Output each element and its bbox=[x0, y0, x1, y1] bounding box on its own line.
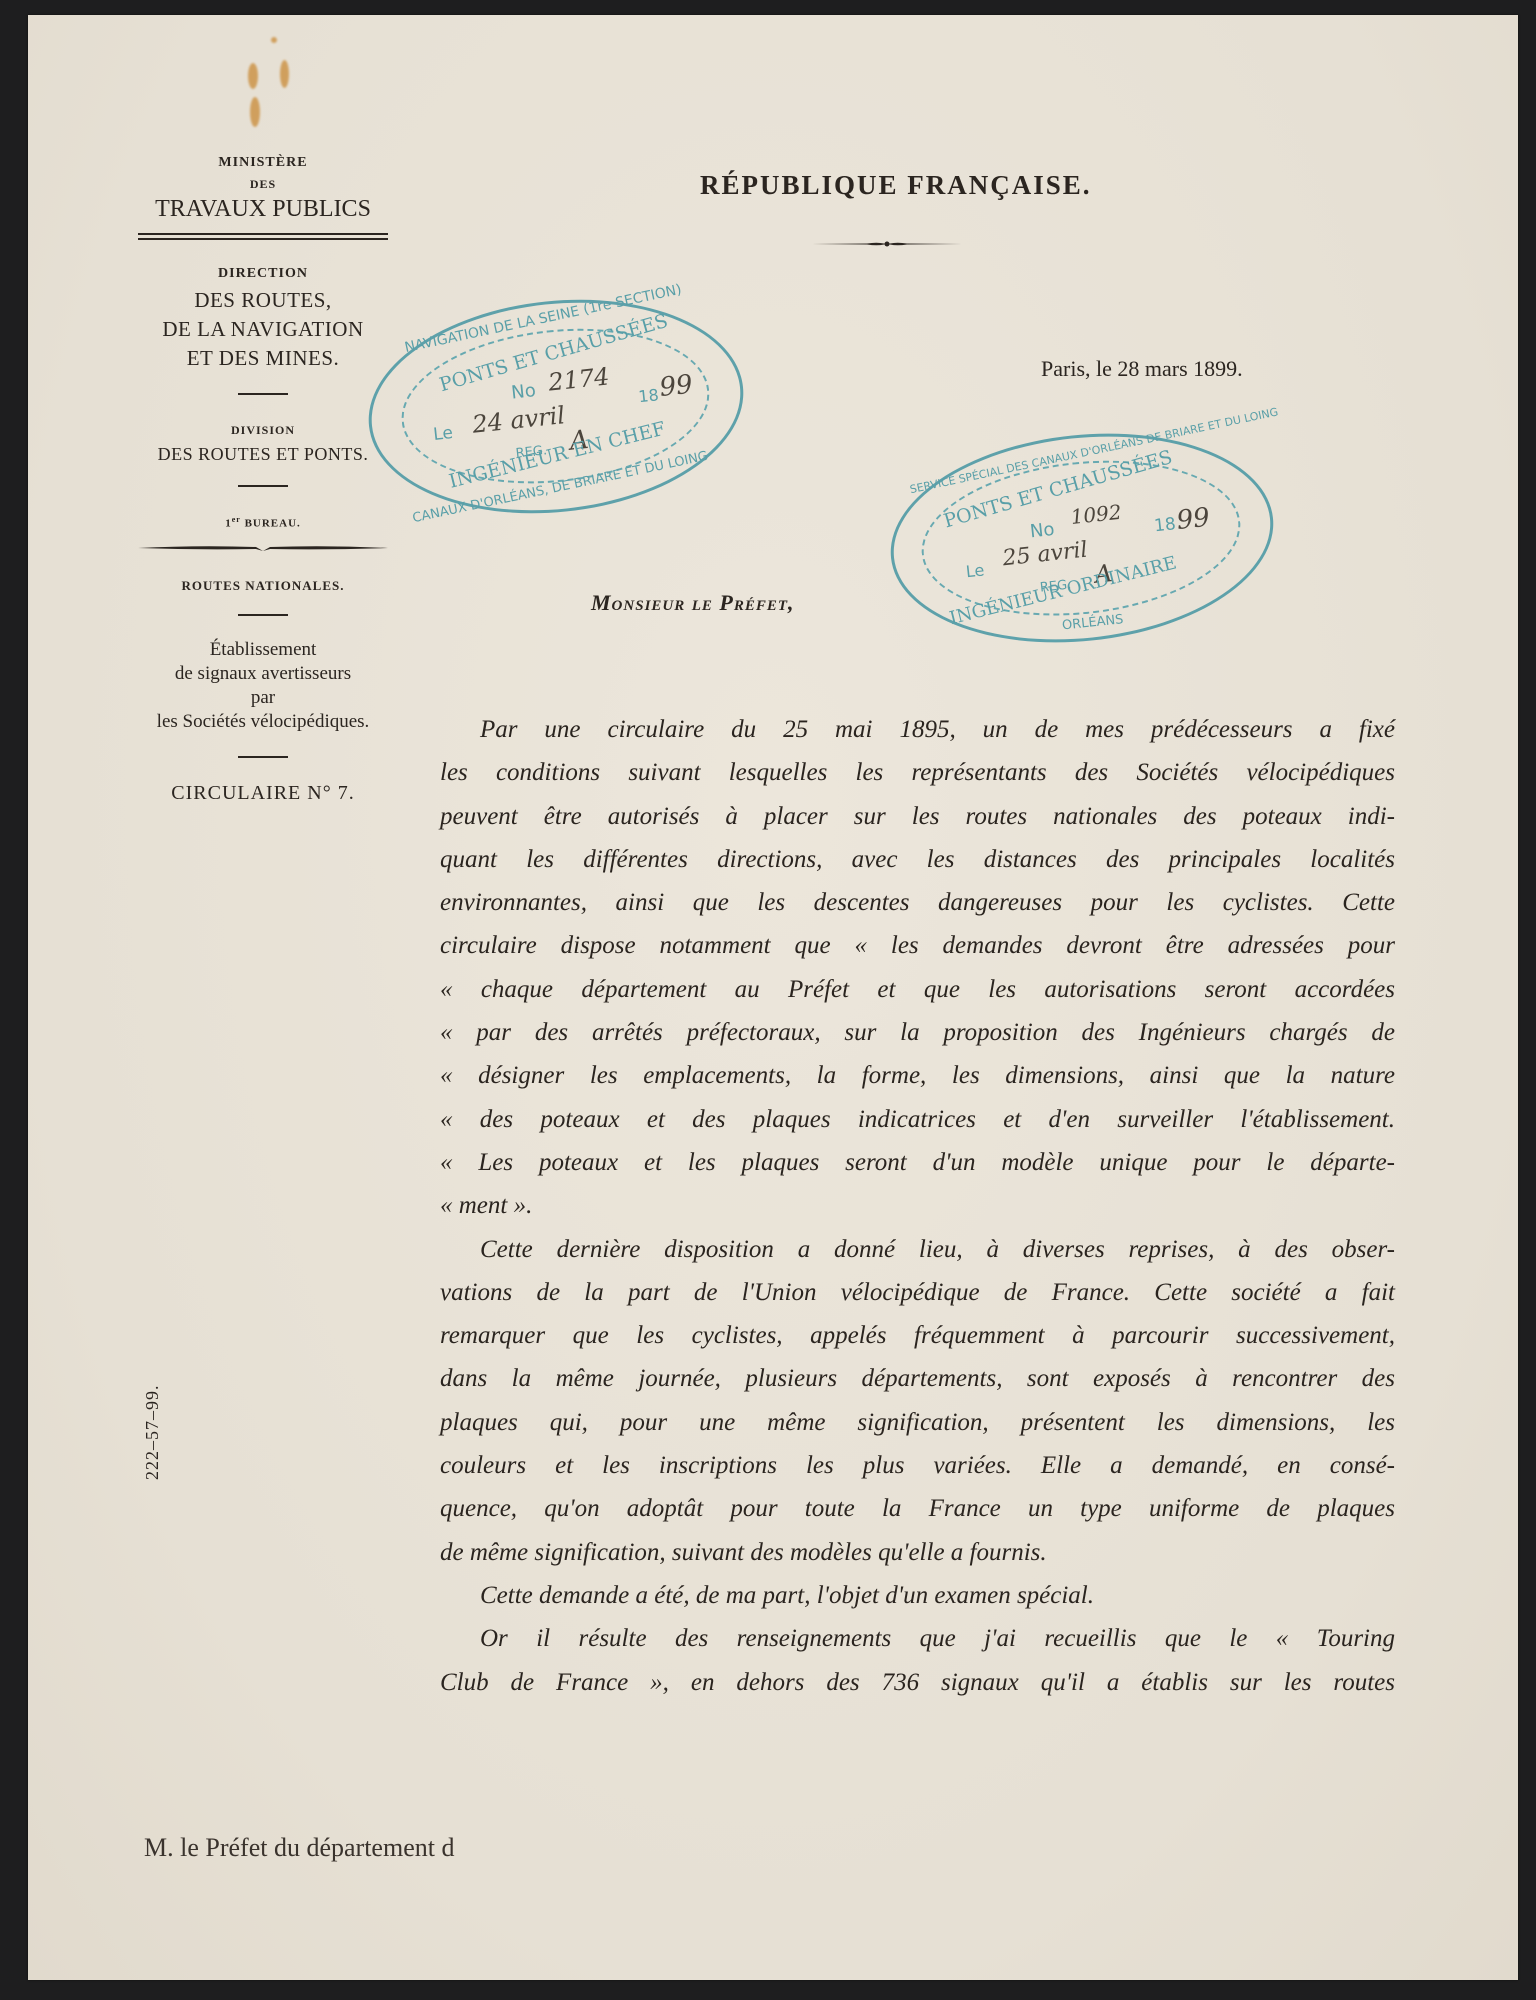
direction-line-3: ET DES MINES. bbox=[108, 346, 418, 371]
body-line: « par des arrêtés préfectoraux, sur la p… bbox=[440, 1011, 1395, 1054]
document-page: MINISTÈRE DES TRAVAUX PUBLICS DIRECTION … bbox=[28, 15, 1518, 1980]
body-line: les conditions suivant lesquelles les re… bbox=[440, 751, 1395, 794]
stamp-no-label: No bbox=[1029, 519, 1056, 542]
body-line: Par une circulaire du 25 mai 1895, un de… bbox=[440, 708, 1395, 751]
body-line: « Les poteaux et les plaques seront d'un… bbox=[440, 1141, 1395, 1184]
body-line: « ment ». bbox=[440, 1184, 1395, 1227]
direction-line-1: DES ROUTES, bbox=[108, 288, 418, 313]
rust-stain bbox=[248, 63, 258, 89]
ministry-line-2: DES bbox=[108, 177, 418, 192]
body-line: Cette dernière disposition a donné lieu,… bbox=[440, 1228, 1395, 1271]
body-line: couleurs et les inscriptions les plus va… bbox=[440, 1444, 1395, 1487]
rust-stain bbox=[250, 97, 260, 127]
subject-line-1: Établissement bbox=[108, 638, 418, 662]
division-name: DES ROUTES ET PONTS. bbox=[108, 444, 418, 465]
body-line: Or il résulte des renseignements que j'a… bbox=[440, 1617, 1395, 1660]
body-line: dans la même journée, plusieurs départem… bbox=[440, 1357, 1395, 1400]
bureau-text: BUREAU. bbox=[241, 518, 301, 530]
short-rule bbox=[238, 485, 288, 487]
stamp-year-hand: 99 bbox=[658, 370, 694, 403]
stamp-le-label: Le bbox=[432, 423, 454, 445]
stamp-year-printed: 18 bbox=[637, 385, 659, 406]
body-line: Cette demande a été, de ma part, l'objet… bbox=[440, 1574, 1395, 1617]
body-line: remarquer que les cyclistes, appelés fré… bbox=[440, 1314, 1395, 1357]
body-line: quence, qu'on adoptât pour toute la Fran… bbox=[440, 1487, 1395, 1530]
body-line: de même signification, suivant des modèl… bbox=[440, 1531, 1395, 1574]
direction-label: DIRECTION bbox=[108, 266, 418, 282]
date-line: Paris, le 28 mars 1899. bbox=[1041, 356, 1243, 382]
stamp-no-label: No bbox=[510, 380, 537, 403]
body-line: « désigner les emplacements, la forme, l… bbox=[440, 1054, 1395, 1097]
short-rule bbox=[238, 614, 288, 616]
stamp-year-printed: 18 bbox=[1153, 514, 1177, 536]
letter-body: Par une circulaire du 25 mai 1895, un de… bbox=[440, 708, 1395, 1704]
addressee-line: M. le Préfet du département d bbox=[144, 1833, 454, 1863]
bureau-superscript: er bbox=[232, 515, 241, 524]
subject-line-4: les Sociétés vélocipédiques. bbox=[108, 710, 418, 734]
salutation: Monsieur le Préfet, bbox=[591, 590, 795, 616]
body-line: quant les différentes directions, avec l… bbox=[440, 838, 1395, 881]
direction-line-2: DE LA NAVIGATION bbox=[108, 317, 418, 342]
circular-number: CIRCULAIRE N° 7. bbox=[108, 782, 418, 805]
body-line: plaques qui, pour une même signification… bbox=[440, 1401, 1395, 1444]
ornamental-divider bbox=[812, 240, 962, 248]
body-line: vations de la part de l'Union vélocipédi… bbox=[440, 1271, 1395, 1314]
subject-line-2: de signaux avertisseurs bbox=[108, 662, 418, 686]
double-rule-divider bbox=[138, 233, 388, 240]
margin-reference-number: 222–57–99. bbox=[142, 1385, 163, 1481]
section-label: ROUTES NATIONALES. bbox=[108, 578, 418, 594]
stamp-year-hand: 99 bbox=[1175, 503, 1211, 536]
received-stamp-ingenieur-ordinaire: SERVICE SPÉCIAL DES CANAUX D'ORLÉANS DE … bbox=[880, 415, 1283, 660]
republic-heading: RÉPUBLIQUE FRANÇAISE. bbox=[700, 170, 1092, 201]
body-line: peuvent être autorisés à placer sur les … bbox=[440, 795, 1395, 838]
ministry-line-1: MINISTÈRE bbox=[108, 155, 418, 171]
ornamental-swell-rule bbox=[138, 544, 388, 552]
rust-stain bbox=[271, 37, 277, 43]
short-rule bbox=[238, 756, 288, 758]
letterhead-column: MINISTÈRE DES TRAVAUX PUBLICS DIRECTION … bbox=[108, 155, 418, 805]
body-line: circulaire dispose notamment que « les d… bbox=[440, 924, 1395, 967]
short-rule bbox=[238, 393, 288, 395]
bureau-label: 1er BUREAU. bbox=[108, 515, 418, 530]
body-line: environnantes, ainsi que les descentes d… bbox=[440, 881, 1395, 924]
stamp-outer-bottom: ORLÉANS bbox=[1061, 612, 1124, 633]
ministry-name: TRAVAUX PUBLICS bbox=[108, 196, 418, 223]
body-line: Club de France », en dehors des 736 sign… bbox=[440, 1661, 1395, 1704]
stamp-le-label: Le bbox=[965, 560, 985, 581]
body-line: « chaque département au Préfet et que le… bbox=[440, 968, 1395, 1011]
body-line: « des poteaux et des plaques indicatrice… bbox=[440, 1098, 1395, 1141]
subject-line-3: par bbox=[108, 686, 418, 710]
rust-stain bbox=[280, 60, 289, 88]
